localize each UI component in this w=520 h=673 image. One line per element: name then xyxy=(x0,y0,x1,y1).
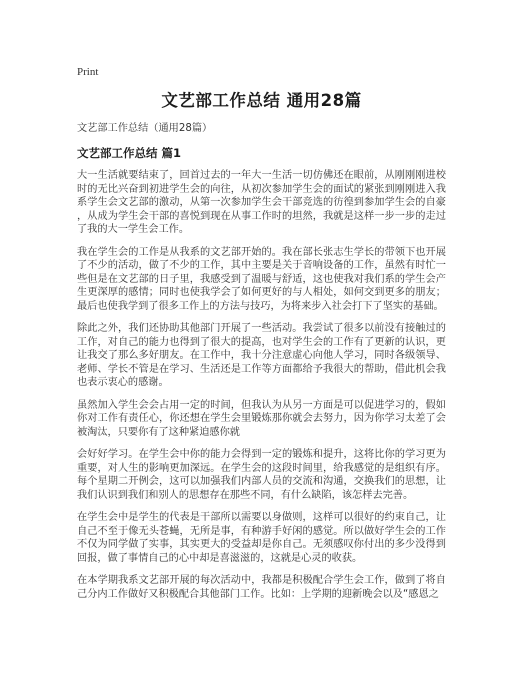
paragraph: 在学生会中是学生的代表是干部所以需要以身做则，这样可以很好的约束自己，让自己不至… xyxy=(77,511,446,565)
print-link[interactable]: Print xyxy=(77,66,98,78)
paragraph: 大一生活就要结束了，回首过去的一年大一生活一切仿佛还在眼前，从刚刚刚进校时的无比… xyxy=(77,169,446,237)
document-body: 大一生活就要结束了，回首过去的一年大一生活一切仿佛还在眼前，从刚刚刚进校时的无比… xyxy=(77,169,446,601)
document-page: Print 文艺部工作总结 通用28篇 文艺部工作总结（通用28篇） 文艺部工作… xyxy=(0,0,520,673)
paragraph: 会好好学习。在学生会中你的能力会得到一定的锻炼和提升，这将比你的学习更为重要，对… xyxy=(77,448,446,502)
document-title: 文艺部工作总结 通用28篇 xyxy=(77,92,446,110)
paragraph: 除此之外，我们还协助其他部门开展了一些活动。我尝试了很多以前没有接触过的工作，对… xyxy=(77,322,446,390)
document-subtitle: 文艺部工作总结（通用28篇） xyxy=(77,123,446,135)
section-heading: 文艺部工作总结 篇1 xyxy=(77,147,446,160)
paragraph: 虽然加入学生会会占用一定的时间，但我认为从另一方面是可以促进学习的，假如你对工作… xyxy=(77,399,446,440)
paragraph: 在本学期我系文艺部开展的每次活动中，我都是积极配合学生会工作，做到了将自己分内工… xyxy=(77,574,446,601)
paragraph: 我在学生会的工作是从我系的文艺部开始的。我在部长张志生学长的带领下也开展了不少的… xyxy=(77,246,446,314)
